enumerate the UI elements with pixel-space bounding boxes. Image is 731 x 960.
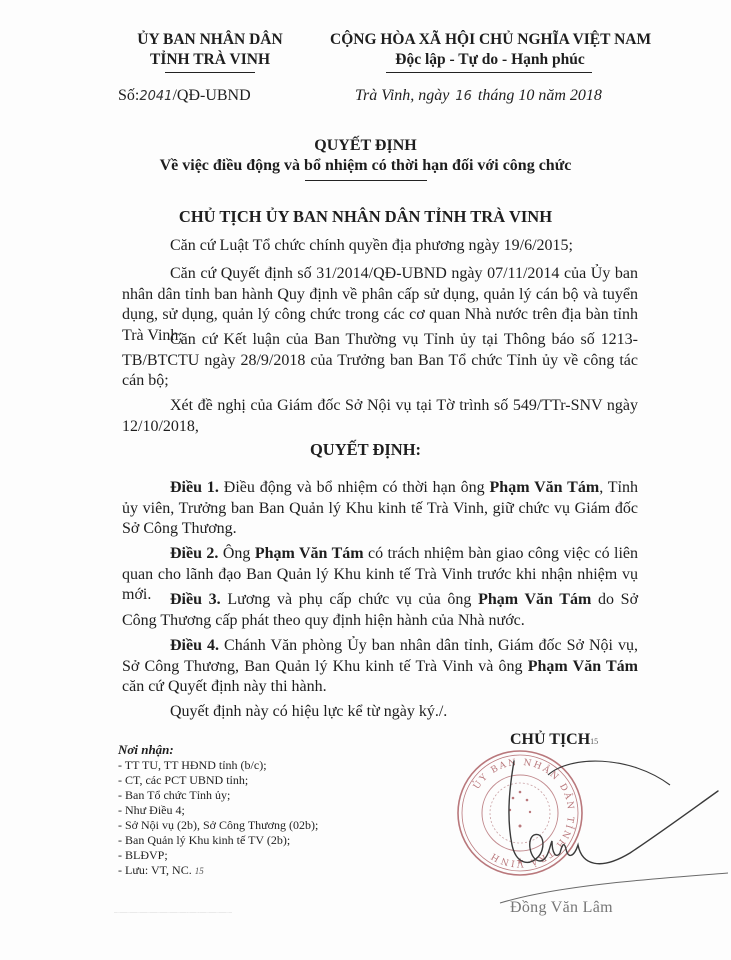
number-handwritten: 2041 [139,89,172,104]
date-prefix: Trà Vinh, ngày [355,87,449,104]
agency-line1: ỦY BAN NHÂN DÂN [110,30,310,50]
document-date: Trà Vinh, ngày16tháng 10 năm 2018 [355,87,602,105]
article-3: Điều 3. Lương và phụ cấp chức vụ của ông… [122,590,638,631]
decision-subject: Về việc điều động và bổ nhiệm có thời hạ… [0,157,731,175]
nation-line1: CỘNG HÒA XÃ HỘI CHỦ NGHĨA VIỆT NAM [330,30,650,50]
agency-line2: TỈNH TRÀ VINH [110,50,310,70]
decision-heading: QUYẾT ĐỊNH [0,137,731,155]
national-motto: CỘNG HÒA XÃ HỘI CHỦ NGHĨA VIỆT NAM Độc l… [330,30,650,70]
recipient-item: - TT TU, TT HĐND tỉnh (b/c); [118,758,368,773]
recipient-item: - Lưu: VT, NC. 15 [118,863,368,879]
number-suffix: /QĐ-UBND [172,87,250,104]
signature-icon [470,745,730,905]
document-number: Số:2041/QĐ-UBND [118,87,251,105]
preamble-1: Căn cứ Luật Tổ chức chính quyền địa phươ… [122,236,638,257]
recipient-item: - Ban Quản lý Khu kinh tế TV (2b); [118,833,368,848]
recipients-list: Nơi nhận: - TT TU, TT HĐND tỉnh (b/c); -… [118,742,368,879]
archive-count: 15 [195,866,204,876]
effective-clause: Quyết định này có hiệu lực kể từ ngày ký… [170,703,447,721]
date-suffix: tháng 10 năm 2018 [478,87,602,104]
recipients-label: Nơi nhận: [118,742,368,757]
date-day-handwritten: 16 [455,89,472,104]
issuing-authority: CHỦ TỊCH ỦY BAN NHÂN DÂN TỈNH TRÀ VINH [0,207,731,227]
preamble-3: Căn cứ Kết luận của Ban Thường vụ Tỉnh ủ… [122,330,638,392]
nation-line2: Độc lập - Tự do - Hạnh phúc [330,50,650,70]
agency-underline [165,72,255,73]
recipient-item: - BLĐVP; [118,848,368,863]
number-prefix: Số: [118,87,139,104]
motto-underline [386,72,592,73]
signer-name: Đồng Văn Lâm [510,899,613,917]
recipient-item: - Sở Nội vụ (2b), Sở Công Thương (02b); [118,818,368,833]
article-4: Điều 4. Chánh Văn phòng Ủy ban nhân dân … [122,636,638,698]
issuing-agency: ỦY BAN NHÂN DÂN TỈNH TRÀ VINH [110,30,310,70]
recipient-item: - Như Điều 4; [118,803,368,818]
recipient-item: - Ban Tổ chức Tỉnh ủy; [118,788,368,803]
article-1: Điều 1. Điều động và bổ nhiệm có thời hạ… [122,478,638,540]
recipient-item: - CT, các PCT UBND tỉnh; [118,773,368,788]
subject-underline [305,180,427,181]
preamble-4: Xét đề nghị của Giám đốc Sở Nội vụ tại T… [122,396,638,437]
document-page: ỦY BAN NHÂN DÂN TỈNH TRÀ VINH CỘNG HÒA X… [0,0,731,960]
decision-heading-2: QUYẾT ĐỊNH: [0,440,731,460]
file-path-footer: ········································… [114,911,232,915]
